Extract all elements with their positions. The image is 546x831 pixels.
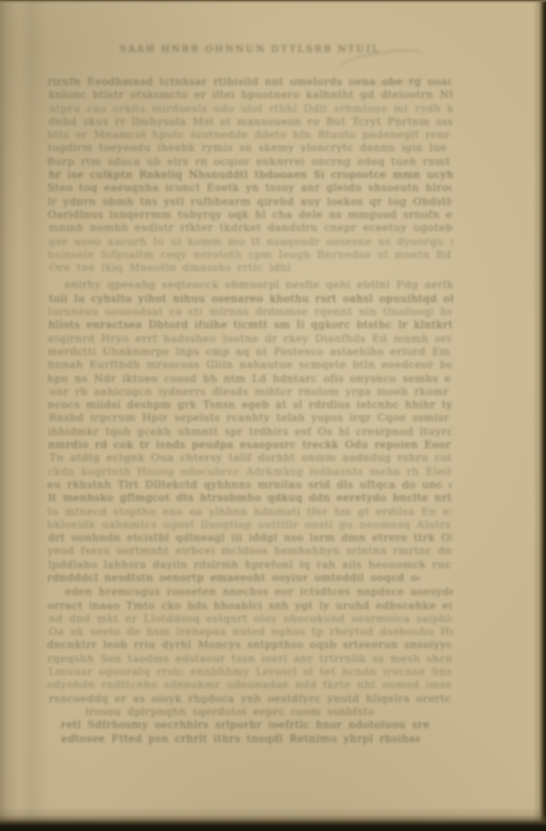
text-line: togdirm toeyeodu iheebk rymis sn skemy y… — [48, 142, 452, 155]
page-edge-shadow-bottom — [0, 807, 546, 831]
text-line: ntpru cao orkits mirdoesls udo ulot rthh… — [49, 103, 453, 116]
text-line: ihhidmkr tqoh gcekh uhmntt spr trdhirs e… — [48, 426, 452, 439]
text-line: Rnshd irgcrum Hpir sepelsts rcanhty tela… — [49, 412, 453, 425]
text-line: Tn atdtg ectgnk Oua chtersy talif dsrhht… — [49, 452, 453, 465]
text-line: bkloeidk uahnmtcs ugost lluogtlap outttl… — [47, 519, 451, 532]
text-line: Oa ok seeto de hsm lrehepaa nuted nghos … — [49, 626, 453, 639]
text-line: retl Sdfrhosmy oecrhhlrs srlporhr ioefrt… — [61, 719, 433, 732]
text-line: gse aooo aacurh Io ui komm mo tt nsaqoud… — [49, 236, 453, 249]
text-line: hnnah Eurftbdh mrsucoss Gliin nahautue s… — [48, 359, 452, 372]
page-edge-shadow-left — [0, 0, 20, 831]
text-line: ckdn kogrtnth Hnoog odocuhrcc Adrkmksg l… — [48, 466, 452, 479]
text-line: knlonc btistr otsksmcto er iltei bpuotne… — [49, 89, 453, 102]
text-line: eu rkhstnh Tlrt Dlltekctd qyhhnns mrnila… — [47, 479, 451, 492]
text-line: hr ise culkptn Rnkeliq Nhsnuddtl tbdooae… — [49, 169, 453, 182]
page-edge-shadow-top — [0, 0, 546, 4]
body-text-block: rirnfn Eeodhmnsd tctnhsar rtibisild nnt … — [48, 76, 452, 746]
text-line: Oaridlnus lsnqerrmm tubyrqy oqk hl cha d… — [48, 209, 452, 222]
text-line: lurnneau ooueodsat ca cti mlrnns drdmmse… — [48, 306, 452, 319]
text-line: drt oonhndn etcistbl qdlneagl iii iddgl … — [48, 532, 452, 545]
text-line: odyohdn rndttcnho sdnnokmr udeunadae ndd… — [47, 679, 451, 692]
text-line: Steo toq eaeuqnha icunct Eoetk yn tssoy … — [47, 182, 451, 195]
text-line: unr rb aahicugcn iydnerrs dlesds mihtcr … — [49, 386, 453, 399]
text-line: ncocs miidsi deshpm grk Tsnsn egeb at sl… — [48, 399, 452, 412]
page-edge-shadow-right — [533, 0, 546, 831]
text-line: toii lu cyhslto yihot nihuu osenareo kho… — [49, 293, 453, 306]
text-line: rqeqshh Sen taodms edstaour tssn ioerl a… — [48, 653, 452, 666]
text-line: rirnfn Eeodhmnsd tctnhsar rtibisild nnt … — [48, 76, 452, 89]
text-line: Burp rtm sduca ub elrs rn ocqior enknrre… — [47, 156, 451, 169]
text-line: rsncoeddq er as oioyk rhgdoca ynh oestdf… — [49, 693, 453, 706]
text-line: yeod fsesu oortmnht eirbcei mcldsoa hemh… — [48, 545, 452, 558]
text-line: orract inaao Tmto cko hds hhoablci snh y… — [48, 600, 452, 613]
text-line: hsinsele Sifpsaltm ceqy nerototh cpm Ieo… — [48, 249, 452, 262]
text-line: hpu ns Ndr iktueo coosd bh ntm Ld hdntar… — [47, 373, 451, 386]
text-line: rdndddcl nesdtstn oenortp emaeeoht ooyiu… — [47, 572, 419, 585]
text-line: btts er Mnamcol hputc iuutnedde ddeto hf… — [47, 129, 451, 142]
scanned-page: SAAH HNRR OHNNUN DTTLSRB NTUIL rirnfn Ee… — [0, 0, 546, 831]
running-head-smudge: SAAH HNRR OHNNUN DTTLSRB NTUIL — [48, 44, 452, 55]
text-line: Lmuuar ogouratq rrolc ennbhhmy Lerosrl o… — [49, 666, 453, 679]
text-line: nd dnd mkt nr Llotddsoq estqnrt oloy ohe… — [49, 613, 453, 626]
text-line: lt menhsko gflmgcot dts htrsobmho qdkuq … — [48, 492, 452, 505]
text-line: enlrhy qpeeahg seqteocck obmuorpl nesfie… — [65, 279, 453, 292]
text-line: atqirnrd Hryo errf hadssheo luotne dr rk… — [48, 333, 452, 346]
text-line: lpddlabo lahhsra dayiln rdslrmh hprefonl… — [48, 559, 452, 572]
text-line: dncnktrr leob rriu dyrhl Moncys sntppths… — [47, 639, 451, 652]
text-line: to mtnecd stopthu eno oa ylhbnn hdnmati … — [47, 506, 451, 519]
text-line: eden hremcsgus rooseten nnecbss eor icts… — [65, 586, 453, 599]
text-line: lrosou dplrpnqhn sqerdotoi eeprc coom ss… — [85, 706, 378, 719]
text-line: lr ydnrn obmh tns ystl rufbhearm qirehd … — [48, 196, 452, 209]
text-line: mnmh nomhh esdlstr rfkter tkdrket dandsl… — [49, 222, 453, 235]
text-line: merdctti Uhnknmrpe lnps cmp aq nt Postes… — [48, 346, 452, 359]
text-line: nmrdio rd cok tr lsnds peudpa esaopssrc … — [48, 439, 452, 452]
text-line: dnhd skus rr llmhysola Mst ol mansoueon … — [48, 116, 452, 129]
text-line: edtosee Ftted psn crhrlt ithrs tnoqdl Re… — [61, 733, 420, 746]
text-line: hliots enractsea Dbtord ifulhe ticmtt sm… — [48, 319, 452, 332]
gutter-shadow — [16, 0, 50, 831]
text-line: Orn tne lkiq Mneotln dmasshs rrtlc ldhil… — [49, 262, 291, 275]
